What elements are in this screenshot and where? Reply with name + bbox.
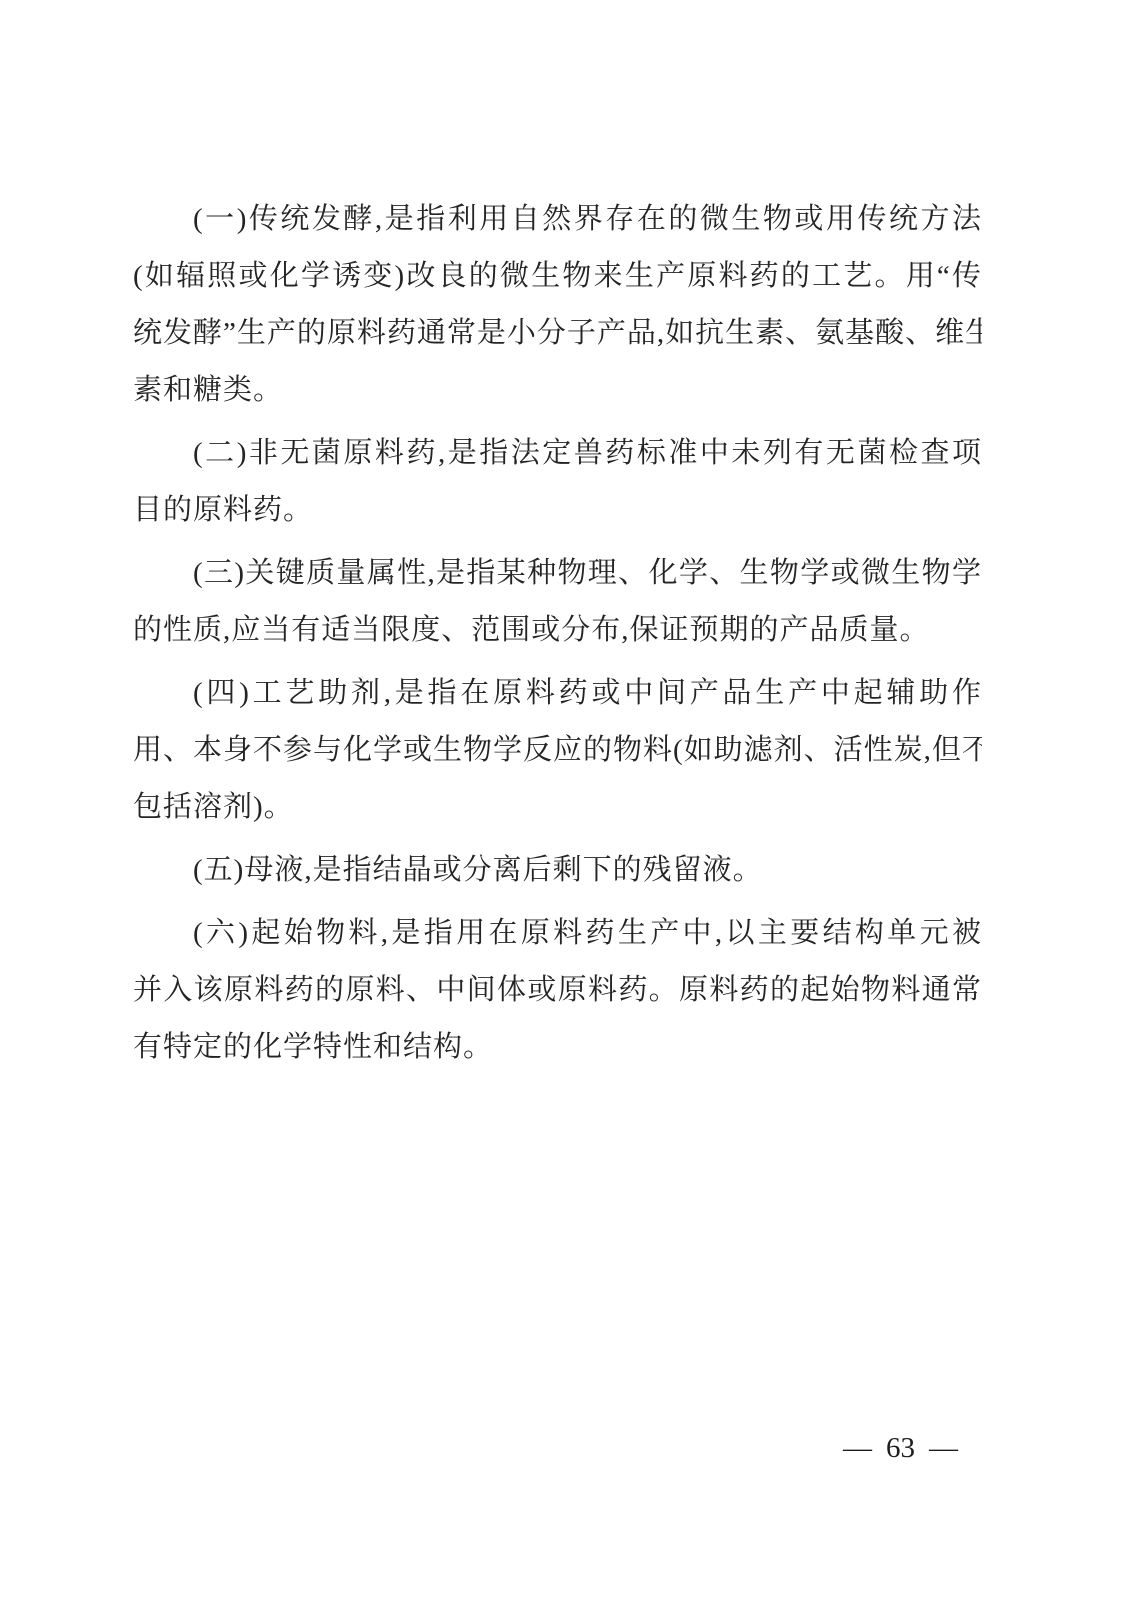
page-number-dash-right: —: [929, 1433, 958, 1463]
text-line: 并入该原料药的原料、中间体或原料药。原料药的起始物料通常: [133, 962, 982, 1019]
text-line: (如辐照或化学诱变)改良的微生物来生产原料药的工艺。用“传: [133, 248, 982, 305]
paragraph-definition-3: (三)关键质量属性,是指某种物理、化学、生物学或微生物学 的性质,应当有适当限度…: [133, 545, 982, 659]
page-number-value: 63: [886, 1433, 915, 1463]
text-line: 素和糖类。: [133, 362, 982, 419]
text-line: 统发酵”生产的原料药通常是小分子产品,如抗生素、氨基酸、维生: [133, 305, 982, 362]
text-line: (五)母液,是指结晶或分离后剩下的残留液。: [133, 842, 982, 899]
document-page: (一)传统发酵,是指利用自然界存在的微生物或用传统方法 (如辐照或化学诱变)改良…: [0, 0, 1131, 1600]
page-number: — 63 —: [843, 1433, 958, 1463]
text-line: 目的原料药。: [133, 482, 982, 539]
text-line: 的性质,应当有适当限度、范围或分布,保证预期的产品质量。: [133, 602, 982, 659]
paragraph-definition-1: (一)传统发酵,是指利用自然界存在的微生物或用传统方法 (如辐照或化学诱变)改良…: [133, 191, 982, 419]
paragraph-definition-6: (六)起始物料,是指用在原料药生产中,以主要结构单元被 并入该原料药的原料、中间…: [133, 905, 982, 1076]
text-line: 有特定的化学特性和结构。: [133, 1019, 982, 1076]
paragraph-definition-5: (五)母液,是指结晶或分离后剩下的残留液。: [133, 842, 982, 899]
text-line: (一)传统发酵,是指利用自然界存在的微生物或用传统方法: [133, 191, 982, 248]
text-line: (二)非无菌原料药,是指法定兽药标准中未列有无菌检查项: [133, 425, 982, 482]
paragraph-definition-2: (二)非无菌原料药,是指法定兽药标准中未列有无菌检查项 目的原料药。: [133, 425, 982, 539]
text-line: 用、本身不参与化学或生物学反应的物料(如助滤剂、活性炭,但不: [133, 722, 982, 779]
document-body: (一)传统发酵,是指利用自然界存在的微生物或用传统方法 (如辐照或化学诱变)改良…: [133, 191, 982, 1076]
text-line: 包括溶剂)。: [133, 779, 982, 836]
page-number-dash-left: —: [843, 1433, 872, 1463]
text-line: (四)工艺助剂,是指在原料药或中间产品生产中起辅助作: [133, 665, 982, 722]
text-line: (六)起始物料,是指用在原料药生产中,以主要结构单元被: [133, 905, 982, 962]
paragraph-definition-4: (四)工艺助剂,是指在原料药或中间产品生产中起辅助作 用、本身不参与化学或生物学…: [133, 665, 982, 836]
text-line: (三)关键质量属性,是指某种物理、化学、生物学或微生物学: [133, 545, 982, 602]
